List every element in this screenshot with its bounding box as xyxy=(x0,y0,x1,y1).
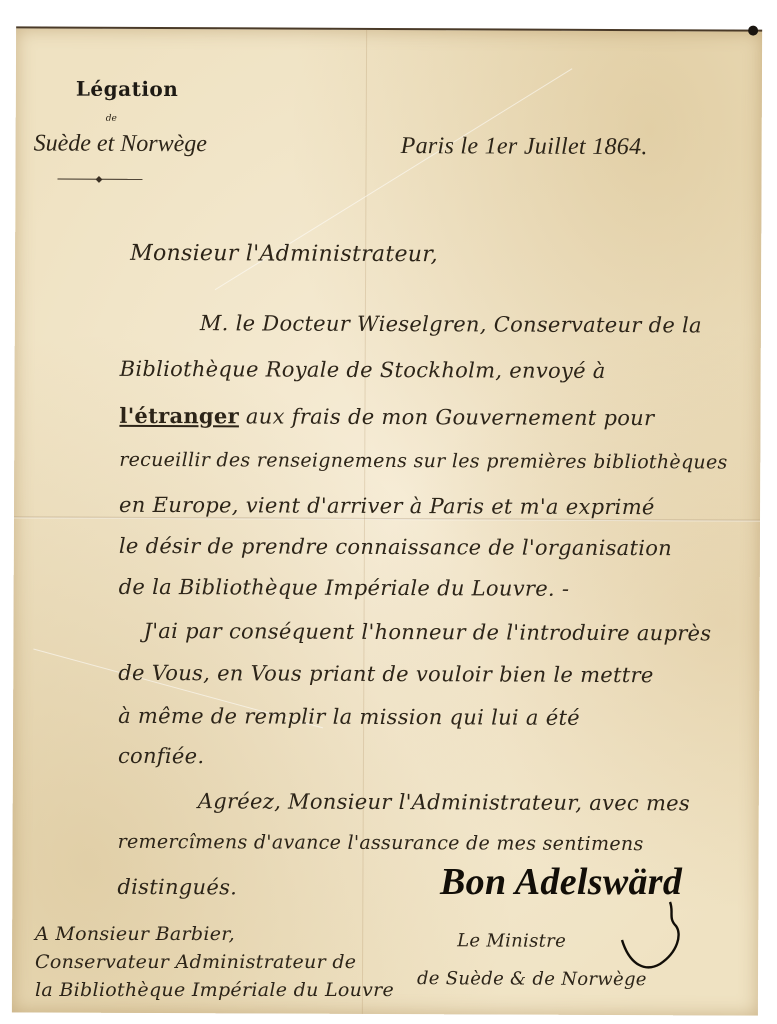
body-line: le désir de prendre connaissance de l'or… xyxy=(119,534,672,560)
body-line-rest: aux frais de mon Gouvernement pour xyxy=(246,404,655,430)
letterhead-title: Légation xyxy=(76,77,179,101)
signature: Bon Adelswärd xyxy=(440,860,682,904)
body-line: confiée. xyxy=(118,744,204,768)
letterhead-ornament-icon: ◆ xyxy=(95,175,104,184)
letterhead-country: Suède et Norwège xyxy=(34,130,207,158)
body-line: à même de remplir la mission qui lui a é… xyxy=(118,704,580,730)
body-line: l'étranger aux frais de mon Gouvernement… xyxy=(119,403,654,430)
addressee-line: Conservateur Administrateur de xyxy=(35,951,356,973)
body-line: de Vous, en Vous priant de vouloir bien … xyxy=(118,661,653,687)
date-line: Paris le 1er Juillet 1864. xyxy=(401,133,648,161)
body-line: Bibliothèque Royale de Stockholm, envoyé… xyxy=(120,357,606,383)
body-line: J'ai par conséquent l'honneur de l'intro… xyxy=(143,619,711,645)
vertical-fold-line xyxy=(362,30,367,1014)
signature-title: Le Ministre xyxy=(457,930,566,951)
letterhead-connector: de xyxy=(106,114,117,124)
ink-blot xyxy=(748,26,758,36)
salutation: Monsieur l'Administrateur, xyxy=(130,241,438,267)
closing-line: remercîmens d'avance l'assurance de mes … xyxy=(118,831,644,855)
closing-line: distingués. xyxy=(117,875,237,900)
body-line: en Europe, vient d'arriver à Paris et m'… xyxy=(119,493,655,519)
addressee-line: A Monsieur Barbier, xyxy=(35,923,235,945)
signature-flourish-icon xyxy=(612,900,702,980)
body-line: M. le Docteur Wieselgren, Conservateur d… xyxy=(200,311,702,337)
addressee-line: la Bibliothèque Impériale du Louvre xyxy=(35,979,394,1001)
inserted-word: l'étranger xyxy=(119,403,239,429)
body-line: de la Bibliothèque Impériale du Louvre. … xyxy=(119,575,570,601)
body-line: recueillir des renseignemens sur les pre… xyxy=(119,449,727,474)
closing-line: Agréez, Monsieur l'Administrateur, avec … xyxy=(198,789,690,815)
